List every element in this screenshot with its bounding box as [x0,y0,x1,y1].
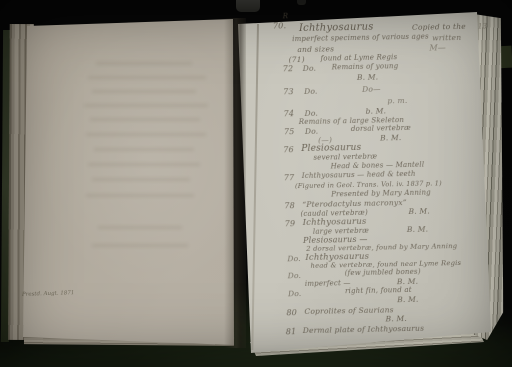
manuscript-line: found at Lyme Regis [320,54,397,62]
manuscript-line: Coprolites of Saurians [304,306,393,315]
manuscript-line: Do— [362,85,381,93]
manuscript-line: Do. [288,272,302,280]
manuscript-line: 73 [283,88,294,96]
manuscript-line: B. M. [357,74,378,82]
manuscript-line: 2 dorsal vertebræ, found by Mary Anning [306,243,457,253]
manuscript-line: p. m. [387,97,407,105]
manuscript-line: B. M. [407,226,428,234]
manuscript-line: B. M. [380,134,401,142]
manuscript-line: Presented by Mary Anning [331,190,431,199]
manuscript-line: several vertebræ [313,154,377,162]
manuscript-text-layer: 13 R70.IchthyosaurusCopied to theimperfe… [0,0,512,367]
manuscript-line: Dermal plate of Ichthyosaurus [303,325,425,335]
manuscript-line: right fin, found at [345,287,412,295]
manuscript-line: imperfect — [305,280,351,288]
manuscript-line: imperfect specimens of various ages [292,34,429,44]
manuscript-line: Do. [304,88,318,96]
book-photo: Prestd. Augt. 1871 13 R70.IchthyosaurusC… [0,0,512,367]
manuscript-line: Copied to the [412,23,466,32]
manuscript-line: “Pterodactylus macronyx” [302,199,407,209]
manuscript-line: 80 [286,309,297,317]
manuscript-line: written [432,34,461,42]
manuscript-line: B. M. [385,315,406,323]
manuscript-line: 81 [286,328,297,336]
manuscript-line: Do. [288,290,302,298]
manuscript-line: Do. [287,255,301,263]
manuscript-line: Remains of young [332,63,399,71]
manuscript-line: 77 [284,174,295,182]
manuscript-line: 75 [284,128,295,136]
manuscript-line: and sizes [297,45,334,53]
manuscript-line: b. M. [366,107,387,115]
manuscript-line: 70. [273,22,286,30]
manuscript-line: B. M. [397,296,418,304]
manuscript-line: 79 [285,220,296,228]
manuscript-line: Ichthyosaurus [299,23,374,34]
manuscript-line: Do. [303,65,317,73]
manuscript-line: 78 [284,202,295,210]
manuscript-line: Do. [305,128,319,136]
manuscript-line: Do. [305,110,319,118]
manuscript-line: Ichthyosaurus — head & teeth [302,171,416,180]
manuscript-line: M— [429,44,446,52]
manuscript-line: (71) [289,56,305,64]
manuscript-line: B. M. [397,278,418,286]
manuscript-line: 76 [283,146,294,154]
manuscript-line: 72 [283,65,294,73]
manuscript-line: dorsal vertebræ [351,125,411,133]
folio-number: 13 [478,23,487,30]
manuscript-line: R [283,13,289,20]
manuscript-line: 74 [284,110,295,118]
manuscript-line: B. M. [408,208,429,216]
manuscript-line: (few jumbled bones) [345,269,421,277]
